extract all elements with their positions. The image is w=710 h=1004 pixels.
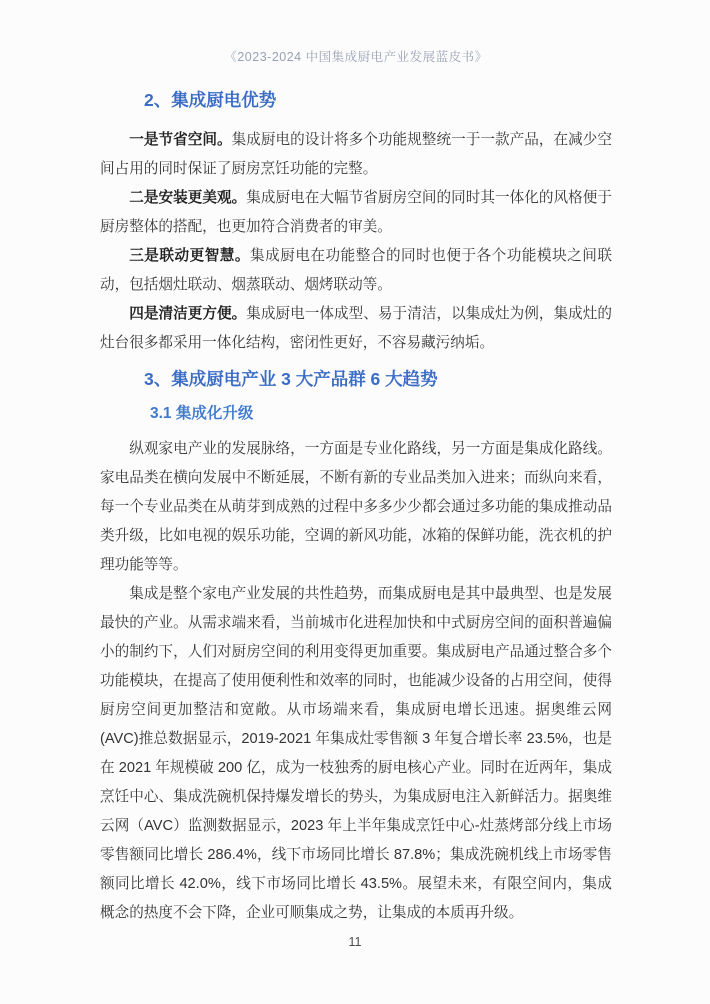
section-3-1-subheading: 3.1 集成化升级 — [150, 403, 612, 424]
paragraph-installation: 二是安装更美观。集成厨电在大幅节省厨房空间的同时其一体化的风格便于厨房整体的搭配… — [100, 184, 612, 242]
paragraph-space-saving: 一是节省空间。集成厨电的设计将多个功能规整统一于一款产品，在减少空间占用的同时保… — [100, 126, 612, 184]
paragraph-market-growth: 集成是整个家电产业发展的共性趋势，而集成厨电是其中最典型、也是发展最快的产业。从… — [100, 580, 612, 928]
section-2-heading: 2、集成厨电优势 — [144, 88, 612, 112]
document-header-title: 《2023-2024 中国集成厨电产业发展蓝皮书》 — [100, 50, 612, 65]
paragraph-lead: 三是联动更智慧。 — [129, 248, 250, 264]
page-number: 11 — [0, 935, 710, 949]
paragraph-cleaning: 四是清洁更方便。集成厨电一体成型、易于清洁，以集成灶为例，集成灶的灶台很多都采用… — [100, 300, 612, 358]
paragraph-lead: 四是清洁更方便。 — [129, 306, 246, 322]
paragraph-industry-overview: 纵观家电产业的发展脉络，一方面是专业化路线，另一方面是集成化路线。家电品类在横向… — [100, 435, 612, 580]
paragraph-linkage: 三是联动更智慧。集成厨电在功能整合的同时也便于各个功能模块之间联动，包括烟灶联动… — [100, 242, 612, 300]
paragraph-lead: 二是安装更美观。 — [129, 190, 246, 206]
document-page: 《2023-2024 中国集成厨电产业发展蓝皮书》 2、集成厨电优势 一是节省空… — [0, 0, 710, 1004]
section-3-heading: 3、集成厨电产业 3 大产品群 6 大趋势 — [144, 367, 612, 391]
paragraph-lead: 一是节省空间。 — [129, 132, 231, 148]
